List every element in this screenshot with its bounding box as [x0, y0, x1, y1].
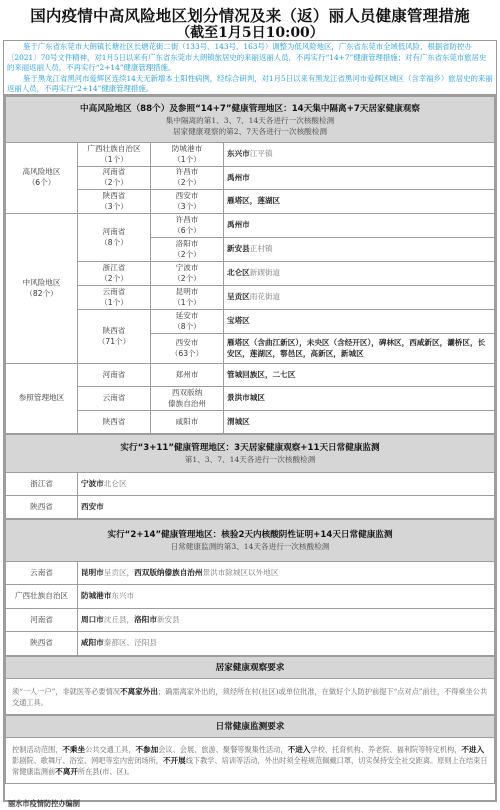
province-cell: 广西壮族自治区（1个）: [78, 143, 151, 167]
province-name: 浙江省: [81, 263, 147, 274]
req-text: 会议、会展、旅游、聚餐等聚集性活动，: [158, 745, 287, 754]
area-main: 咸阳市: [81, 638, 104, 647]
req-text: 公共交通工具，: [85, 745, 135, 754]
city-name: 防城港市: [154, 144, 220, 155]
area-cell: 禹州市: [224, 214, 495, 238]
table-row: 浙江省（2个） 宁波市（2个） 北仑区新碶街道: [6, 262, 495, 286]
risk-group-cell: 参照管理地区: [6, 364, 78, 434]
area-main: 东兴市: [227, 149, 250, 158]
section-note: 居家健康观察的第2、7天各进行一次核酸检测: [8, 126, 492, 137]
policy-table-2plus14: 实行“2+14”健康管理地区：核验2天内核酸阴性证明+14天日常健康监测 日常健…: [5, 519, 495, 656]
province-count: （2个）: [81, 178, 147, 189]
area-main: 周口市: [81, 615, 104, 624]
section-note: 集中隔离的第1、3、7、14天各进行一次核酸检测: [8, 115, 492, 126]
area-sub: 秦都区、泾阳县: [104, 638, 157, 647]
req-emphasis: 不离开: [55, 767, 78, 776]
area-main: 北仑区: [227, 268, 250, 277]
city-cell: 咸阳市: [151, 411, 224, 434]
province-name: 陕西省: [81, 326, 147, 337]
city-cell: 许昌市（2个）: [151, 167, 224, 190]
area-main: 管城回族区，二七区: [227, 370, 295, 379]
area-cell: 东兴市江平镇: [224, 143, 495, 167]
province-count: （8个）: [81, 238, 147, 249]
notice-paragraph: 鉴于黑龙江省黑河市爱辉区连续14天无新增本土阳性病例，经综合研判，对1月5日以来…: [7, 74, 493, 95]
city-cell: 郑州市: [151, 364, 224, 387]
city-name: 西双版纳: [154, 388, 220, 399]
section-title: 实行“3+11”健康管理地区：3天居家健康观察+11天日常健康监测: [8, 442, 492, 454]
section-header-home-observation: 居家健康观察要求: [6, 657, 495, 679]
area-main: 禹州市: [227, 220, 250, 229]
area-sub: 雨花街道: [250, 292, 280, 301]
table-row: 陕西省 咸阳市秦都区、泾阳县: [6, 632, 495, 656]
table-row: 参照管理地区 河南省 郑州市 管城回族区，二七区: [6, 364, 495, 387]
area-cell: 新安县正村镇: [224, 238, 495, 262]
province-count: （1个）: [81, 155, 147, 166]
area-sub: 沈丘县，: [104, 615, 134, 624]
province-cell: 陕西省: [6, 496, 78, 519]
area-sub: 江平镇: [250, 149, 273, 158]
home-observation-table: 居家健康观察要求 须“一人一户”，非就医等必要情况不离家外出；确需离家外出的，须…: [5, 656, 495, 715]
province-cell: 河南省（2个）: [78, 167, 151, 190]
city-name: 西安市: [154, 191, 220, 202]
area-main: 雁塔区，莲湖区: [227, 196, 280, 205]
province-cell: 浙江省: [6, 473, 78, 496]
notice-paragraph: 鉴于广东省东莞市大朗镇长塘社区长塘花街二街（133号、143号、163号）调整为…: [7, 42, 493, 74]
req-text: 学校、托育机构、养老院、福利院等特定机构，: [310, 745, 461, 754]
province-cell: 河南省: [78, 364, 151, 387]
province-cell: 陕西省: [6, 632, 78, 656]
req-emphasis: 不乘坐: [62, 745, 85, 754]
city-name: 延安市: [154, 311, 220, 322]
section-header-daily-monitoring: 日常健康监测要求: [6, 716, 495, 738]
province-count: （2个）: [81, 274, 147, 285]
req-text: 控制活动范围，: [12, 745, 62, 754]
area-main: 新安县: [227, 244, 250, 253]
risk-group-cell: 高风险地区 （6个）: [6, 143, 78, 214]
section-note: 第1、3、7、14天各进行一次核酸检测: [8, 454, 492, 465]
area-main: 渭城区: [227, 417, 250, 426]
province-name: 云南省: [81, 393, 147, 404]
city-cell: 西双版纳傣族自治州: [151, 387, 224, 411]
area-main: 防城港市: [81, 591, 111, 600]
area-sub: 景洪市除城区以外地区: [203, 568, 279, 577]
city-cell: 西安市（3个）: [151, 190, 224, 214]
city-name: 咸阳市: [154, 417, 220, 428]
section-title: 中高风险地区（88个）及参照“14+7”健康管理地区：14天集中隔离+7天居家健…: [8, 103, 492, 115]
area-sub: 新安县: [157, 615, 180, 624]
city-count: （1个）: [154, 155, 220, 166]
province-cell: 陕西省（3个）: [78, 190, 151, 214]
table-row: 云南省 西双版纳傣族自治州 景洪市城区: [6, 387, 495, 411]
area-cell: 西安市: [78, 496, 495, 519]
city-name: 许昌市: [154, 167, 220, 178]
area-cell: 防城港市东兴市: [78, 585, 495, 609]
area-cell: 雁塔区（含曲江新区），未央区（含经开区），碑林区，西咸新区，灞桥区，长安区，莲湖…: [224, 334, 495, 364]
section-header-3plus11: 实行“3+11”健康管理地区：3天居家健康观察+11天日常健康监测 第1、3、7…: [6, 435, 495, 473]
home-observation-text: 须“一人一户”，非就医等必要情况不离家外出；确需离家外出的，须经所在村(社区)或…: [6, 679, 495, 715]
city-name: 昆明市: [154, 287, 220, 298]
area-cell: 渭城区: [224, 411, 495, 434]
city-count: （2个）: [154, 274, 220, 285]
province-cell: 河南省: [6, 609, 78, 632]
table-row: 中风险地区 （82个） 河南省（8个） 许昌市（6个） 禹州市: [6, 214, 495, 238]
province-cell: 云南省: [6, 562, 78, 585]
city-cell: 宁波市（2个）: [151, 262, 224, 286]
area-cell: 景洪市城区: [224, 387, 495, 411]
area-main: 西双版纳傣族自治州: [134, 568, 202, 577]
risk-group-cell: 中风险地区 （82个）: [6, 214, 78, 364]
table-row: 云南省 昆明市呈贡区，西双版纳傣族自治州景洪市除城区以外地区: [6, 562, 495, 585]
req-emphasis: 不进入: [461, 745, 484, 754]
city-count: （1个）: [154, 298, 220, 309]
req-text: 影剧院、歌舞厅、浴室、网吧等室内密闭场所，: [12, 756, 163, 765]
province-count: （1个）: [81, 298, 147, 309]
city-name: 宁波市: [154, 263, 220, 274]
province-name: 广西壮族自治区: [81, 144, 147, 155]
notice-box: 鉴于广东省东莞市大朗镇长塘社区长塘花街二街（133号、143号、163号）调整为…: [3, 40, 497, 95]
area-cell: 宝塔区: [224, 310, 495, 334]
area-sub: 东兴市: [111, 591, 134, 600]
area-cell: 宁波市北仑区: [78, 473, 495, 496]
section-header-high-mid-risk: 中高风险地区（88个）及参照“14+7”健康管理地区：14天集中隔离+7天居家健…: [6, 97, 495, 143]
area-main: 景洪市城区: [227, 393, 265, 402]
daily-monitoring-text: 控制活动范围，不乘坐公共交通工具，不参加会议、会展、旅游、聚餐等聚集性活动，不进…: [6, 738, 495, 784]
province-cell: 河南省（8个）: [78, 214, 151, 262]
section-note: 日常健康监测的第3、14天各进行一次核酸检测: [8, 541, 492, 552]
province-cell: 广西壮族自治区: [6, 585, 78, 609]
province-cell: 云南省（1个）: [78, 286, 151, 310]
area-cell: 呈贡区雨花街道: [224, 286, 495, 310]
area-main: 西安市: [81, 502, 104, 511]
city-count: （2个）: [154, 250, 220, 261]
city-count: （63个）: [154, 349, 220, 360]
risk-group-label: 中风险地区: [9, 278, 74, 289]
city-cell: 西安市（63个）: [151, 334, 224, 364]
city-cell: 防城港市（1个）: [151, 143, 224, 167]
city-count: （8个）: [154, 322, 220, 333]
area-cell: 管城回族区，二七区: [224, 364, 495, 387]
policy-table-frame: 中高风险地区（88个）及参照“14+7”健康管理地区：14天集中隔离+7天居家健…: [3, 95, 497, 802]
table-row: 广西壮族自治区 防城港市东兴市: [6, 585, 495, 609]
table-row: 浙江省 宁波市北仑区: [6, 473, 495, 496]
daily-monitoring-table: 日常健康监测要求 控制活动范围，不乘坐公共交通工具，不参加会议、会展、旅游、聚餐…: [5, 715, 495, 784]
area-main: 禹州市: [227, 173, 250, 182]
province-name: 河南省: [81, 370, 147, 381]
area-main: 宁波市: [81, 479, 104, 488]
area-cell: 周口市沈丘县，洛阳市新安县: [78, 609, 495, 632]
area-cell: 北仑区新碶街道: [224, 262, 495, 286]
req-emphasis: 不开展: [163, 756, 186, 765]
table-row: 陕西省 咸阳市 渭城区: [6, 411, 495, 434]
province-count: （3个）: [81, 202, 147, 213]
req-text: 所在县(市、区)。: [78, 767, 134, 776]
req-emphasis: 不进入: [288, 745, 311, 754]
area-cell: 咸阳市秦都区、泾阳县: [78, 632, 495, 656]
province-name: 陕西省: [81, 191, 147, 202]
city-name-line2: 傣族自治州: [154, 399, 220, 410]
table-row: 河南省 周口市沈丘县，洛阳市新安县: [6, 609, 495, 632]
section-title: 日常健康监测要求: [8, 721, 492, 733]
table-row: 河南省（2个） 许昌市（2个） 禹州市: [6, 167, 495, 190]
city-cell: 洛阳市（2个）: [151, 238, 224, 262]
area-cell: 禹州市: [224, 167, 495, 190]
table-row: 云南省（1个） 昆明市（1个） 呈贡区雨花街道: [6, 286, 495, 310]
province-cell: 浙江省（2个）: [78, 262, 151, 286]
policy-table: 中高风险地区（88个）及参照“14+7”健康管理地区：14天集中隔离+7天居家健…: [5, 96, 495, 434]
city-count: （3个）: [154, 202, 220, 213]
city-cell: 许昌市（6个）: [151, 214, 224, 238]
table-row: 陕西省（3个） 西安市（3个） 雁塔区，莲湖区: [6, 190, 495, 214]
province-name: 河南省: [81, 227, 147, 238]
area-main: 宝塔区: [227, 316, 250, 325]
province-cell: 陕西省（71个）: [78, 310, 151, 364]
province-name: 河南省: [81, 167, 147, 178]
city-name: 郑州市: [154, 370, 220, 381]
area-main: 呈贡区: [227, 292, 250, 301]
section-title: 居家健康观察要求: [8, 662, 492, 674]
area-sub: 新碶街道: [250, 268, 280, 277]
city-name: 许昌市: [154, 215, 220, 226]
city-count: （6个）: [154, 226, 220, 237]
table-row: 陕西省 西安市: [6, 496, 495, 519]
page-subtitle: （截至1月5日10:00）: [0, 22, 500, 42]
table-row: 陕西省（71个） 延安市（8个） 宝塔区: [6, 310, 495, 334]
area-cell: 昆明市呈贡区，西双版纳傣族自治州景洪市除城区以外地区: [78, 562, 495, 585]
area-cell: 雁塔区，莲湖区: [224, 190, 495, 214]
province-count: （71个）: [81, 337, 147, 348]
policy-table-3plus11: 实行“3+11”健康管理地区：3天居家健康观察+11天日常健康监测 第1、3、7…: [5, 434, 495, 519]
risk-group-label: 参照管理地区: [9, 393, 74, 404]
province-name: 陕西省: [81, 417, 147, 428]
area-sub: 呈贡区，: [104, 568, 134, 577]
risk-group-count: （6个）: [9, 178, 74, 189]
footer-credit: 丽水市疫情防控办编制: [8, 799, 80, 809]
city-count: （2个）: [154, 178, 220, 189]
area-sub: 北仑区: [104, 479, 127, 488]
area-sub: 正村镇: [250, 244, 273, 253]
section-title: 实行“2+14”健康管理地区：核验2天内核酸阴性证明+14天日常健康监测: [8, 529, 492, 541]
area-main: 昆明市: [81, 568, 104, 577]
risk-group-label: 高风险地区: [9, 167, 74, 178]
req-emphasis: 不参加: [135, 745, 158, 754]
city-cell: 昆明市（1个）: [151, 286, 224, 310]
risk-group-count: （82个）: [9, 289, 74, 300]
area-main: 雁塔区（含曲江新区），未央区（含经开区），碑林区，西咸新区，灞桥区，长安区，莲湖…: [227, 338, 485, 358]
province-cell: 陕西省: [78, 411, 151, 434]
table-row: 高风险地区 （6个） 广西壮族自治区（1个） 防城港市（1个） 东兴市江平镇: [6, 143, 495, 167]
province-name: 云南省: [81, 287, 147, 298]
section-header-2plus14: 实行“2+14”健康管理地区：核验2天内核酸阴性证明+14天日常健康监测 日常健…: [6, 520, 495, 562]
req-emphasis: 不离家外出: [120, 687, 158, 696]
req-text: 须“一人一户”，非就医等必要情况: [12, 687, 120, 696]
area-main: 洛阳市: [134, 615, 157, 624]
city-name: 西安市: [154, 338, 220, 349]
city-name: 洛阳市: [154, 239, 220, 250]
province-cell: 云南省: [78, 387, 151, 411]
city-cell: 延安市（8个）: [151, 310, 224, 334]
